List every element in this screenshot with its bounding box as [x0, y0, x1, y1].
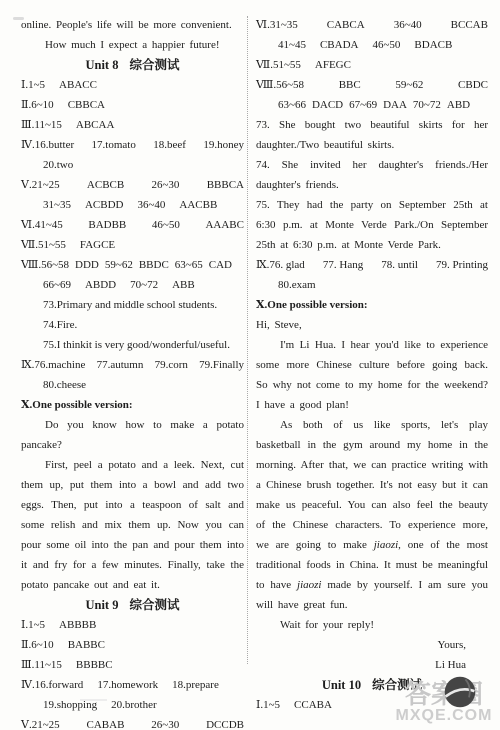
answer-segment: ABDD: [85, 275, 116, 295]
answer-segment: 66~69: [43, 275, 71, 295]
answer-segment: Ⅸ.76. glad: [256, 255, 305, 275]
answer-segment: 80.exam: [278, 275, 316, 295]
unit-title-chinese: 综合测试: [129, 58, 179, 72]
answer-segment: ACBDD: [85, 195, 124, 215]
answer-segment: DACD: [312, 95, 343, 115]
answer-segment: 46~50: [152, 215, 180, 235]
answer-segment: Ⅲ.11~15: [21, 655, 62, 675]
answer-segment: ABD: [447, 95, 470, 115]
answer-segment: 78. until: [381, 255, 418, 275]
answer-segment: BBBCA: [207, 175, 244, 195]
answer-line: Ⅴ.21~25ACBCB26~30BBBCA: [21, 175, 244, 195]
answer-segment: BBBBC: [76, 655, 113, 675]
answer-segment: 26~30: [151, 175, 179, 195]
answer-segment: Ⅴ.21~25: [21, 175, 60, 195]
answer-segment: 79.corn: [155, 355, 188, 375]
answer-segment: Ⅴ.21~25: [21, 715, 60, 730]
answer-segment: CABAB: [87, 715, 125, 730]
answer-line: Ⅴ.21~25CABAB26~30DCCDB: [21, 715, 244, 730]
answer-segment: 19.honey: [203, 135, 244, 155]
left-column: online. People's life will be more conve…: [21, 15, 244, 730]
answer-segment: CBDC: [458, 75, 488, 95]
unit-heading: Unit 8综合测试: [21, 55, 244, 75]
answer-segment: AFEGC: [315, 55, 351, 75]
paragraph: First, peel a potato and a leek. Next, c…: [21, 455, 244, 595]
signature-line: Yours,: [256, 635, 488, 655]
answer-segment: 17.homework: [97, 675, 158, 695]
answer-line: 31~35ACBDD36~40AACBB: [21, 195, 244, 215]
paragraph: Wait for your reply!: [256, 615, 488, 635]
unit-label: Unit 8: [85, 58, 118, 72]
answer-segment: Ⅶ.51~55: [21, 235, 66, 255]
answer-segment: BDACB: [414, 35, 452, 55]
answer-segment: BADBB: [88, 215, 126, 235]
paragraph: As both of us like sports, let's play ba…: [256, 415, 488, 615]
answer-segment: 19.shopping: [43, 695, 97, 715]
answer-line: 80.cheese: [21, 375, 244, 395]
answer-segment: 18.prepare: [172, 675, 219, 695]
answer-segment: 67~69: [349, 95, 377, 115]
answer-line: 66~69ABDD70~72ABB: [21, 275, 244, 295]
paragraph: I'm Li Hua. I hear you'd like to experie…: [256, 335, 488, 415]
answer-segment: 79.Finally: [199, 355, 244, 375]
answer-line: Ⅰ.1~5ABACC: [21, 75, 244, 95]
answer-segment: Ⅷ.56~58: [256, 75, 304, 95]
possible-version-heading: Ⅹ.One possible version:: [256, 295, 488, 315]
answer-segment: 75.I thinkit is very good/wonderful/usef…: [43, 335, 230, 355]
possible-version-label: One possible version:: [32, 399, 132, 411]
answer-segment: CAD: [209, 255, 232, 275]
answer-segment: 74.Fire.: [43, 315, 77, 335]
answer-segment: 77.autumn: [97, 355, 144, 375]
answer-segment: BCCAB: [451, 15, 488, 35]
paragraph: online. People's life will be more conve…: [21, 15, 244, 35]
answer-segment: Ⅰ.1~5: [21, 615, 45, 635]
answer-segment: ABBBB: [59, 615, 96, 635]
answer-segment: Ⅷ.56~58: [21, 255, 69, 275]
answer-segment: CBADA: [320, 35, 359, 55]
answer-segment: 20.brother: [111, 695, 157, 715]
answer-segment: Ⅰ.1~5: [256, 695, 280, 715]
answer-segment: CCABA: [294, 695, 332, 715]
unit-label: Unit 9: [85, 598, 118, 612]
answer-line: 73.Primary and middle school students.: [21, 295, 244, 315]
answer-segment: 31~35: [43, 195, 71, 215]
signature-line: Li Hua: [256, 655, 488, 675]
answer-segment: 59~62: [105, 255, 133, 275]
answer-segment: ABACC: [59, 75, 97, 95]
answer-line: 19.shopping20.brother: [21, 695, 244, 715]
answer-line: 20.two: [21, 155, 244, 175]
answer-segment: 20.two: [43, 155, 73, 175]
answer-line: Ⅲ.11~15ABCAA: [21, 115, 244, 135]
answer-line: Ⅵ.31~35CABCA36~40BCCAB: [256, 15, 488, 35]
answer-key-page: online. People's life will be more conve…: [0, 0, 500, 730]
answer-line: Ⅸ.76.machine77.autumn79.corn79.Finally: [21, 355, 244, 375]
watermark: 答案圈 MXQE.COM: [388, 681, 500, 725]
answer-line: Ⅷ.56~58BBC59~62CBDC: [256, 75, 488, 95]
answer-segment: Ⅳ.16.forward: [21, 675, 83, 695]
answer-segment: 17.tomato: [92, 135, 136, 155]
answer-segment: AAABC: [205, 215, 244, 235]
watermark-logo-icon: [442, 674, 478, 710]
answer-segment: ABCAA: [76, 115, 115, 135]
answer-segment: CABCA: [327, 15, 365, 35]
answer-segment: 41~45: [278, 35, 306, 55]
answer-segment: 63~65: [175, 255, 203, 275]
answer-segment: 73.Primary and middle school students.: [43, 295, 217, 315]
paragraph: 73. She bought two beautiful skirts for …: [256, 115, 488, 155]
answer-segment: Ⅵ.31~35: [256, 15, 298, 35]
paragraph: 75. They had the party on September 25th…: [256, 195, 488, 255]
answer-segment: BABBC: [68, 635, 105, 655]
answer-line: Ⅳ.16.forward17.homework18.prepare: [21, 675, 244, 695]
possible-version-heading: Ⅹ.One possible version:: [21, 395, 244, 415]
scan-artifact-smudge: [80, 699, 107, 701]
answer-segment: Ⅶ.51~55: [256, 55, 301, 75]
answer-segment: 36~40: [394, 15, 422, 35]
answer-line: 74.Fire.: [21, 315, 244, 335]
answer-line: Ⅰ.1~5ABBBB: [21, 615, 244, 635]
answer-line: 80.exam: [256, 275, 488, 295]
answer-segment: Ⅲ.11~15: [21, 115, 62, 135]
possible-version-label: One possible version:: [267, 299, 367, 311]
answer-segment: AACBB: [179, 195, 217, 215]
answer-segment: 26~30: [151, 715, 179, 730]
answer-line: Ⅶ.51~55AFEGC: [256, 55, 488, 75]
answer-segment: Ⅸ.76.machine: [21, 355, 85, 375]
answer-segment: Ⅳ.16.butter: [21, 135, 74, 155]
answer-segment: Ⅱ.6~10: [21, 635, 54, 655]
answer-line: Ⅸ.76. glad77. Hang78. until79. Printing: [256, 255, 488, 275]
answer-segment: BBDC: [139, 255, 169, 275]
answer-segment: 80.cheese: [43, 375, 86, 395]
answer-segment: ABB: [172, 275, 195, 295]
answer-segment: FAGCE: [80, 235, 115, 255]
answer-line: Ⅱ.6~10CBBCA: [21, 95, 244, 115]
answer-segment: 79. Printing: [436, 255, 488, 275]
answer-segment: ACBCB: [87, 175, 124, 195]
answer-segment: 70~72: [130, 275, 158, 295]
answer-segment: 59~62: [395, 75, 423, 95]
answer-segment: CBBCA: [68, 95, 105, 115]
answer-segment: 77. Hang: [323, 255, 363, 275]
answer-segment: Ⅵ.41~45: [21, 215, 63, 235]
answer-line: 63~66DACD67~69DAA70~72ABD: [256, 95, 488, 115]
answer-segment: Ⅱ.6~10: [21, 95, 54, 115]
answer-segment: BBC: [339, 75, 361, 95]
answer-line: Ⅶ.51~55FAGCE: [21, 235, 244, 255]
answer-segment: 63~66: [278, 95, 306, 115]
answer-line: Ⅲ.11~15BBBBC: [21, 655, 244, 675]
paragraph: 74. She invited her daughter's friends./…: [256, 155, 488, 195]
column-divider: [247, 16, 248, 664]
paragraph: Do you know how to make a potato pancake…: [21, 415, 244, 455]
unit-label: Unit 10: [322, 678, 361, 692]
answer-line: Ⅵ.41~45BADBB46~50AAABC: [21, 215, 244, 235]
answer-line: Ⅷ.56~58DDD59~62BBDC63~65CAD: [21, 255, 244, 275]
answer-segment: 70~72: [413, 95, 441, 115]
unit-title-chinese: 综合测试: [129, 598, 179, 612]
answer-segment: DDD: [75, 255, 99, 275]
answer-segment: DCCDB: [206, 715, 244, 730]
unit-heading: Unit 9综合测试: [21, 595, 244, 615]
paragraph: Hi, Steve,: [256, 315, 488, 335]
answer-segment: Ⅰ.1~5: [21, 75, 45, 95]
paragraph: How much I expect a happier future!: [21, 35, 244, 55]
answer-line: Ⅳ.16.butter17.tomato18.beef19.honey: [21, 135, 244, 155]
answer-segment: 18.beef: [153, 135, 186, 155]
answer-segment: 46~50: [372, 35, 400, 55]
answer-line: Ⅱ.6~10BABBC: [21, 635, 244, 655]
section-numeral: Ⅹ.: [256, 299, 267, 311]
answer-segment: DAA: [383, 95, 407, 115]
right-column: Ⅵ.31~35CABCA36~40BCCAB41~45CBADA46~50BDA…: [256, 15, 488, 715]
answer-line: 75.I thinkit is very good/wonderful/usef…: [21, 335, 244, 355]
answer-segment: 36~40: [137, 195, 165, 215]
answer-line: 41~45CBADA46~50BDACB: [256, 35, 488, 55]
section-numeral: Ⅹ.: [21, 399, 32, 411]
